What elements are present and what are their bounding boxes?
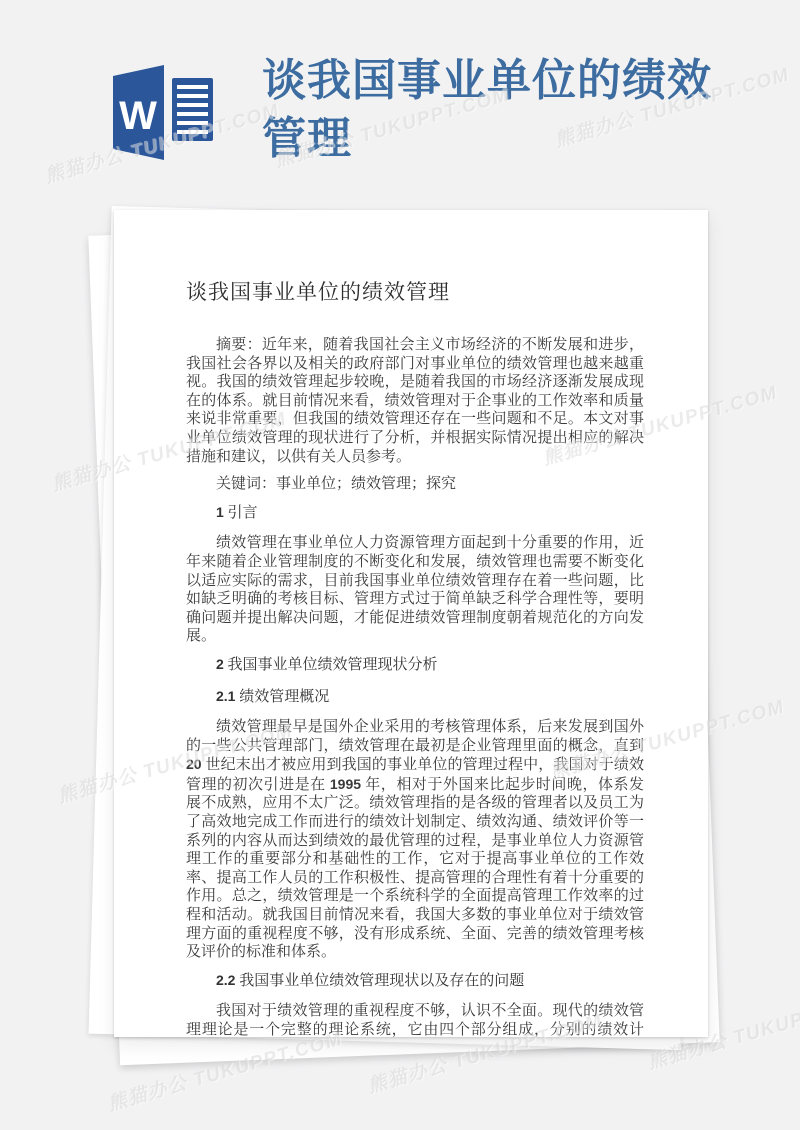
document-title: 谈我国事业单位的绩效管理 (186, 276, 644, 306)
document-body: 摘要：近年来，随着我国社会主义市场经济的不断发展和进步，我国社会各界以及相关的政… (186, 336, 644, 1037)
paragraph: 摘要：近年来，随着我国社会主义市场经济的不断发展和进步，我国社会各界以及相关的政… (186, 336, 644, 466)
paragraph: 关键词：事业单位；绩效管理；探究 (186, 475, 644, 494)
section-heading: 2 我国事业单位绩效管理现状分析 (186, 655, 644, 675)
paragraph: 绩效管理在事业单位人力资源管理方面起到十分重要的作用，近年来随着企业管理制度的不… (186, 534, 644, 646)
document-preview-canvas: W 谈我国事业单位的绩效管理 谈我国事业单位的绩效管理 摘要：近年来，随着我国社… (0, 0, 800, 1130)
paragraph: 我国对于绩效管理的重视程度不够，认识不全面。现代的绩效管理理论是一个完整的理论系… (186, 1002, 644, 1037)
section-heading: 1 引言 (186, 503, 644, 523)
page-title: 谈我国事业单位的绩效管理 (262, 52, 724, 168)
paragraph: 绩效管理最早是国外企业采用的考核管理体系，后来发展到国外的一些公共管理部门，绩效… (186, 718, 644, 962)
section-heading: 2.1 绩效管理概况 (186, 687, 644, 707)
word-letter: W (119, 94, 157, 138)
header: W 谈我国事业单位的绩效管理 (0, 0, 800, 200)
document-page: 谈我国事业单位的绩效管理 摘要：近年来，随着我国社会主义市场经济的不断发展和进步… (114, 210, 708, 1037)
section-heading: 2.2 我国事业单位绩效管理现状以及存在的问题 (186, 971, 644, 991)
word-file-icon: W (112, 62, 214, 168)
